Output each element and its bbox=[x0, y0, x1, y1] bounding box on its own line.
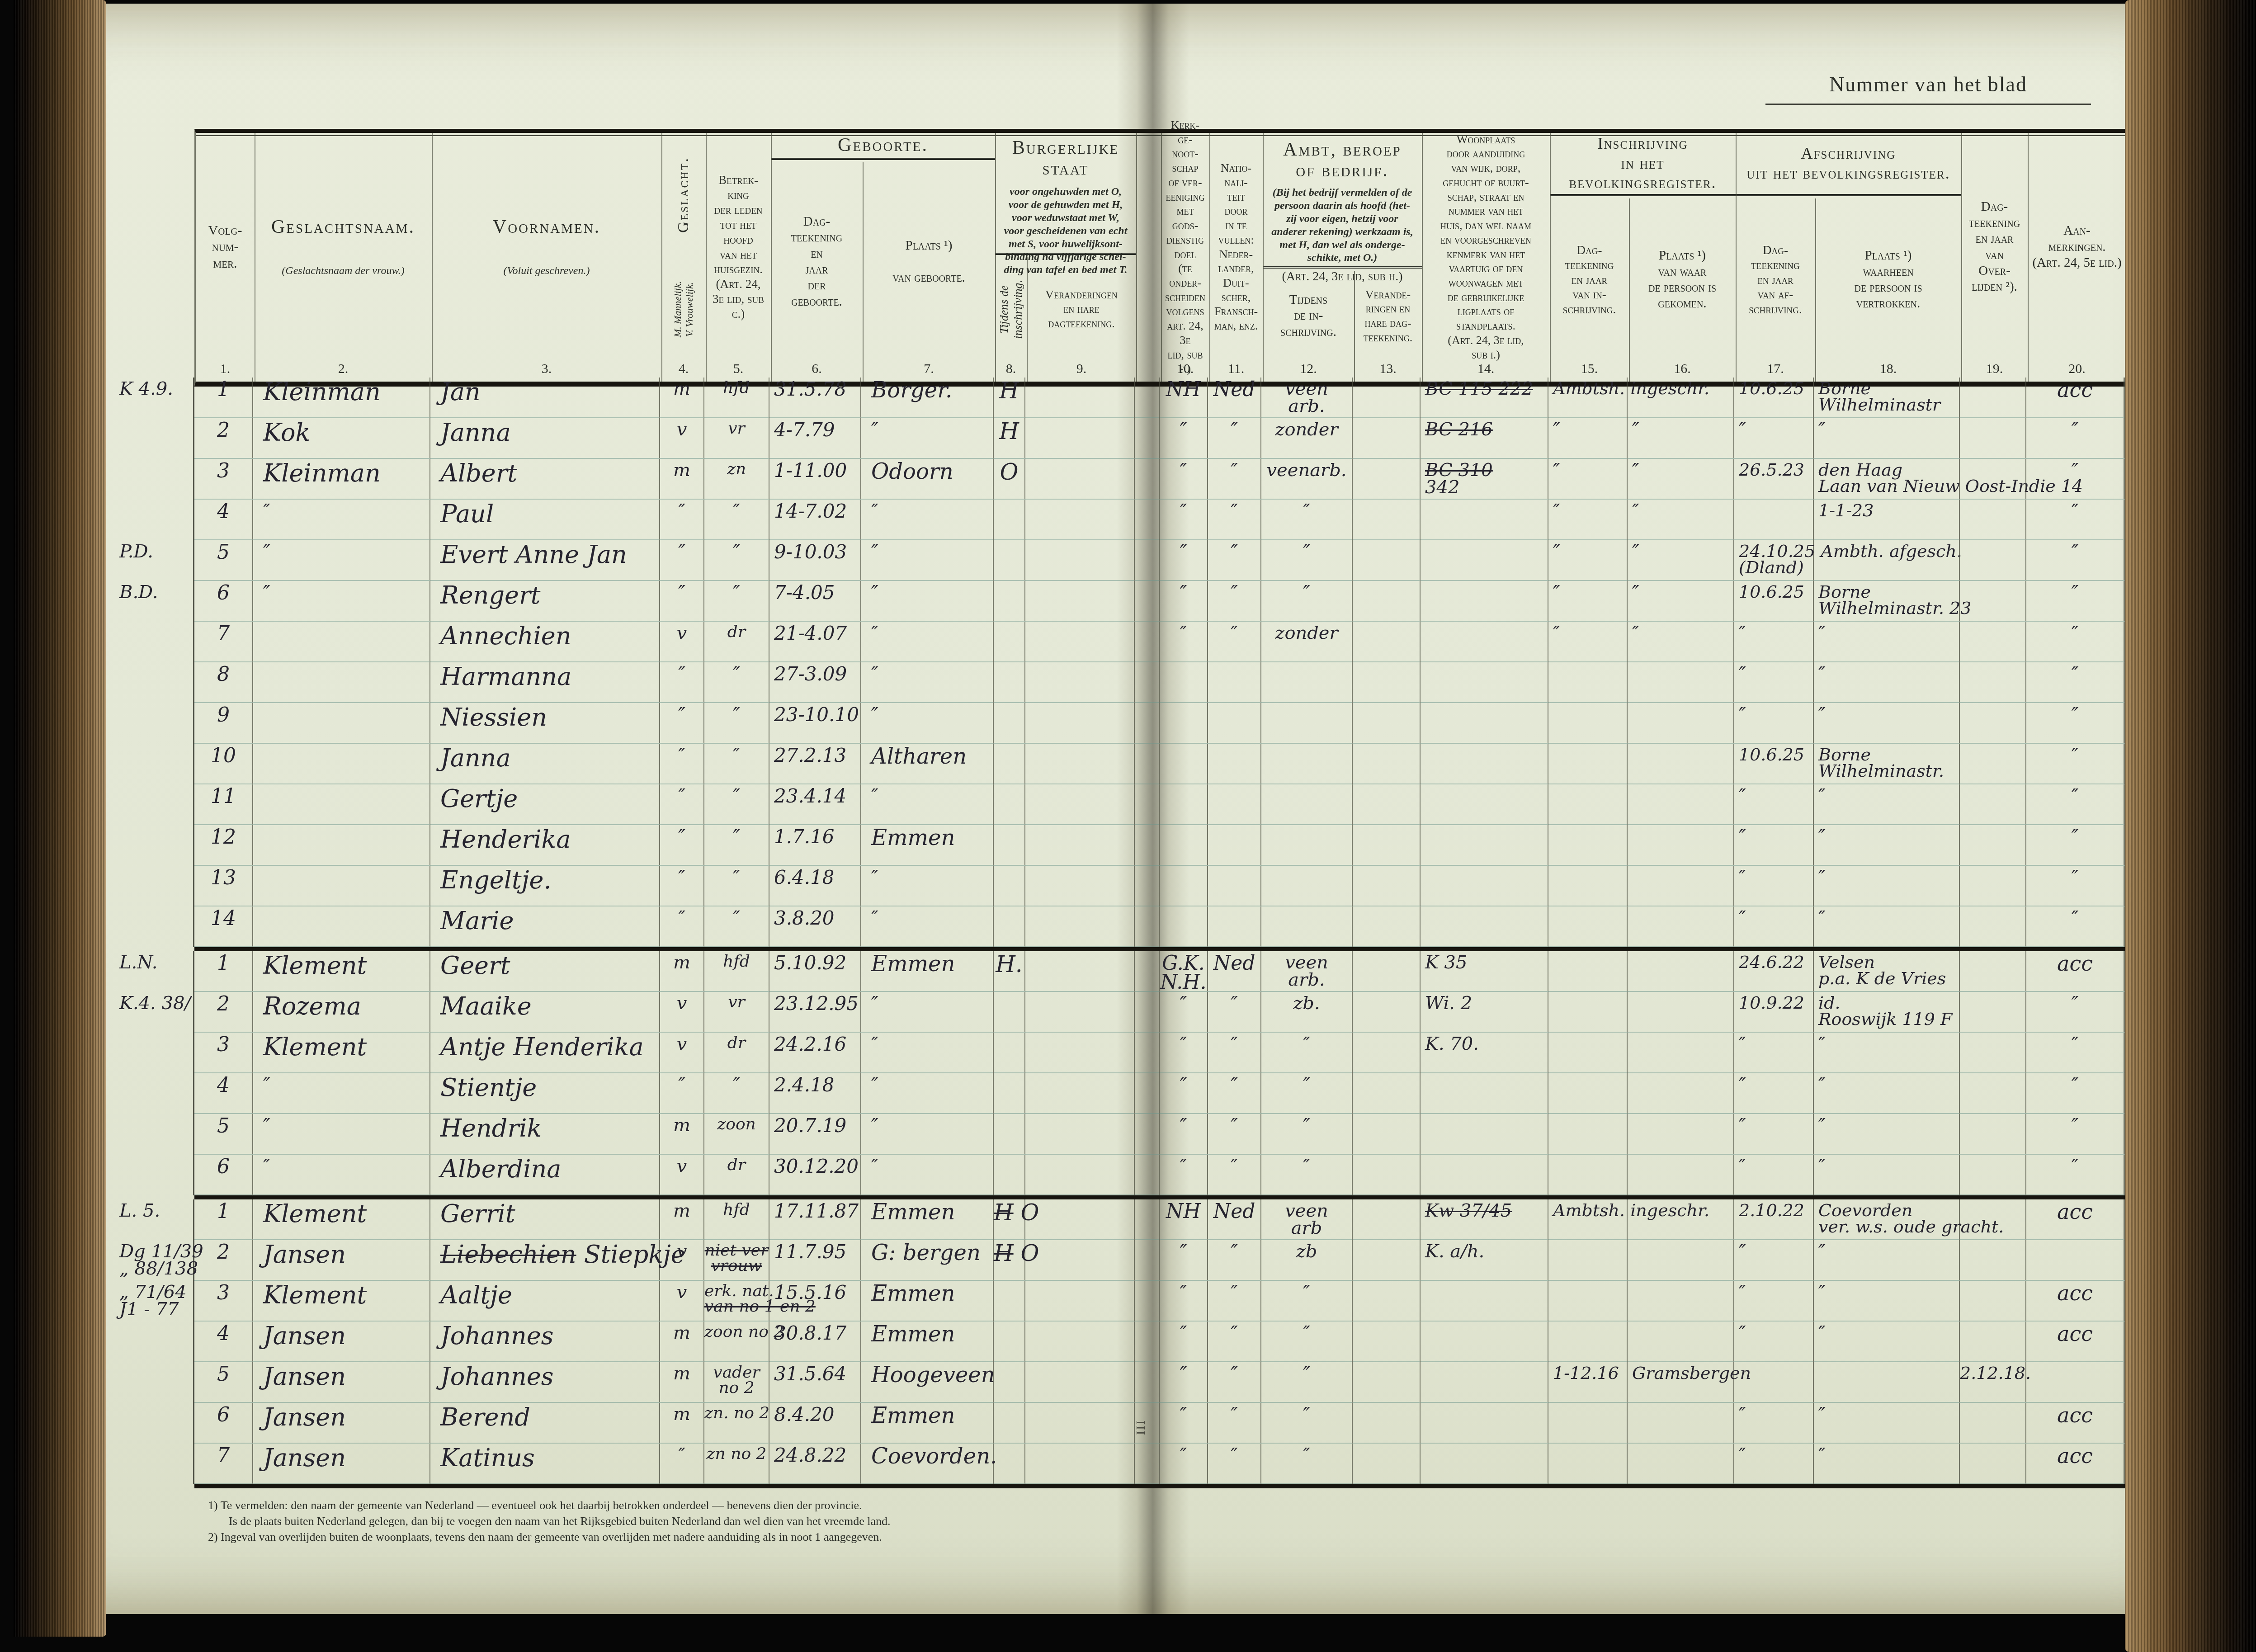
cell-col-9 bbox=[1025, 784, 1135, 825]
cell-col-12 bbox=[1261, 744, 1353, 784]
cell-col-19 bbox=[1960, 906, 2026, 947]
cell-col-17: ″ bbox=[1734, 1403, 1814, 1444]
cell-col-5: ″ bbox=[704, 744, 769, 784]
cell-col-3: Annechien bbox=[430, 622, 660, 662]
cell-col-10: G.K.N.H. bbox=[1160, 951, 1208, 992]
cell-col-3: Berend bbox=[430, 1403, 660, 1444]
table-header: Volg- num- mer. Geslachtsnaam. (Geslacht… bbox=[194, 129, 2128, 387]
cell-col-11 bbox=[1208, 703, 1261, 744]
column-divider bbox=[2028, 133, 2029, 382]
cell-col-19 bbox=[1960, 825, 2026, 866]
cell-col-2: Kleinman bbox=[253, 459, 430, 500]
cell-col-3: Gertje bbox=[430, 784, 660, 825]
margin-note bbox=[104, 1322, 194, 1362]
cell-col-11: ″ bbox=[1208, 1033, 1261, 1073]
left-page-edges bbox=[14, 0, 106, 1637]
col-header-geslacht: Geslacht. M. Mannelijk. V. Vrouwelijk. bbox=[661, 133, 706, 361]
cell-col-gut bbox=[1135, 1073, 1160, 1114]
cell-col-12: veenarb. bbox=[1261, 459, 1353, 500]
cell-col-3: Albert bbox=[430, 459, 660, 500]
cell-col-19 bbox=[1960, 744, 2026, 784]
cell-col-6: 23.4.14 bbox=[769, 784, 861, 825]
cell-col-5: niet vervrouw bbox=[704, 1240, 769, 1281]
cell-col-16 bbox=[1628, 1114, 1734, 1155]
cell-col-2 bbox=[253, 825, 430, 866]
cell-col-6: 1.7.16 bbox=[769, 825, 861, 866]
margin-note bbox=[104, 784, 194, 825]
col-header-kerkgenootschap: Kerk- ge- noot- schap of ver- eeniging m… bbox=[1161, 133, 1209, 361]
cell-col-11 bbox=[1208, 784, 1261, 825]
cell-col-5: hfd bbox=[704, 1199, 769, 1240]
cell-col-4: m bbox=[660, 378, 704, 418]
cell-col-10: ″ bbox=[1160, 622, 1208, 662]
cell-col-4: m bbox=[660, 1362, 704, 1403]
cell-col-19 bbox=[1960, 622, 2026, 662]
cell-col-6: 31.5.64 bbox=[769, 1362, 861, 1403]
cell-col-4: ″ bbox=[660, 825, 704, 866]
geslacht-sub: M. Mannelijk. V. Vrouwelijk. bbox=[672, 281, 696, 337]
cell-col-10 bbox=[1160, 744, 1208, 784]
cell-col-12 bbox=[1261, 906, 1353, 947]
cell-col-7: Emmen bbox=[861, 825, 994, 866]
cell-col-13 bbox=[1353, 1240, 1421, 1281]
cell-col-18: ″ bbox=[1814, 1114, 1960, 1155]
cell-col-13 bbox=[1353, 784, 1421, 825]
table-body: K 4.9.1KleinmanJanmhfd31.5.78Borger.HNHN… bbox=[104, 378, 2125, 1488]
cell-col-18: ″ bbox=[1814, 1322, 1960, 1362]
cell-col-11: ″ bbox=[1208, 1155, 1261, 1195]
group-header-burgerlijke-staat: Burgerlijke staat voor ongehuwden met O,… bbox=[995, 133, 1136, 255]
cell-col-10 bbox=[1160, 703, 1208, 744]
cell-col-10 bbox=[1160, 825, 1208, 866]
cell-col-14 bbox=[1421, 1281, 1548, 1322]
cell-col-17: ″ bbox=[1734, 1155, 1814, 1195]
cell-col-17: ″ bbox=[1734, 1240, 1814, 1281]
cell-col-5: dr bbox=[704, 1033, 769, 1073]
cell-col-gut bbox=[1135, 500, 1160, 540]
cell-col-6: 4-7.79 bbox=[769, 418, 861, 459]
cell-col-2: Rozema bbox=[253, 992, 430, 1033]
cell-col-11: ″ bbox=[1208, 622, 1261, 662]
cell-col-7: Altharen bbox=[861, 744, 994, 784]
cell-col-7: ″ bbox=[861, 581, 994, 622]
cell-col-4: ″ bbox=[660, 581, 704, 622]
margin-note bbox=[104, 1155, 194, 1195]
column-divider bbox=[771, 133, 772, 382]
cell-col-gut bbox=[1135, 459, 1160, 500]
cell-col-16: Gramsbergen bbox=[1628, 1362, 1734, 1403]
cell-col-8 bbox=[994, 500, 1025, 540]
cell-col-7: ″ bbox=[861, 703, 994, 744]
cell-col-13 bbox=[1353, 744, 1421, 784]
cell-col-13 bbox=[1353, 622, 1421, 662]
cell-col-16 bbox=[1628, 662, 1734, 703]
cell-col-14 bbox=[1421, 581, 1548, 622]
margin-note bbox=[104, 662, 194, 703]
cell-col-2: Klement bbox=[253, 1199, 430, 1240]
cell-col-8 bbox=[994, 906, 1025, 947]
cell-col-19 bbox=[1960, 703, 2026, 744]
cell-col-5: ″ bbox=[704, 866, 769, 906]
cell-col-10: ″ bbox=[1160, 1444, 1208, 1484]
cell-col-12: veenarb. bbox=[1261, 951, 1353, 992]
cell-col-18: BorneWilhelminastr bbox=[1814, 378, 1960, 418]
cell-col-8 bbox=[994, 1073, 1025, 1114]
cell-col-20: ″ bbox=[2026, 662, 2125, 703]
margin-note: Dg 11/39„ 88/138 bbox=[104, 1240, 194, 1281]
col-header-overlijden: Dag- teekening en jaar van Over- lijden … bbox=[1961, 133, 2028, 361]
cell-col-15 bbox=[1548, 784, 1628, 825]
cell-col-14 bbox=[1421, 500, 1548, 540]
cell-col-9 bbox=[1025, 1199, 1135, 1240]
cell-col-2: Klement bbox=[253, 1281, 430, 1322]
cell-col-9 bbox=[1025, 418, 1135, 459]
cell-col-17: ″ bbox=[1734, 825, 1814, 866]
cell-col-20: acc bbox=[2026, 1322, 2125, 1362]
cell-col-20: ″ bbox=[2026, 418, 2125, 459]
cell-col-18: ″ bbox=[1814, 1403, 1960, 1444]
cell-col-7: Emmen bbox=[861, 1199, 994, 1240]
cell-col-4: v bbox=[660, 418, 704, 459]
cell-col-13 bbox=[1353, 1403, 1421, 1444]
cell-col-2 bbox=[253, 662, 430, 703]
cell-col-6: 11.7.95 bbox=[769, 1240, 861, 1281]
cell-col-2: Kleinman bbox=[253, 378, 430, 418]
column-divider bbox=[863, 162, 864, 382]
cell-col-9 bbox=[1025, 906, 1135, 947]
cell-col-8: H bbox=[994, 378, 1025, 418]
cell-col-5: vr bbox=[704, 418, 769, 459]
cell-col-18: ″ bbox=[1814, 418, 1960, 459]
cell-col-20: acc bbox=[2026, 1199, 2125, 1240]
cell-col-5: vr bbox=[704, 992, 769, 1033]
cell-col-12: zonder bbox=[1261, 622, 1353, 662]
cell-col-8: H O bbox=[994, 1199, 1025, 1240]
cell-col-13 bbox=[1353, 581, 1421, 622]
cell-col-1: 6 bbox=[194, 1155, 253, 1195]
cell-col-2 bbox=[253, 866, 430, 906]
cell-col-8 bbox=[994, 703, 1025, 744]
cell-col-3: Johannes bbox=[430, 1362, 660, 1403]
cell-col-11 bbox=[1208, 662, 1261, 703]
cell-col-20: acc bbox=[2026, 378, 2125, 418]
cell-col-16 bbox=[1628, 1155, 1734, 1195]
cell-col-16 bbox=[1628, 906, 1734, 947]
cell-col-15: Ambtsh. ingeschr. bbox=[1548, 1199, 1628, 1240]
cell-col-gut bbox=[1135, 540, 1160, 581]
cell-col-20: acc bbox=[2026, 951, 2125, 992]
cell-col-7: Odoorn bbox=[861, 459, 994, 500]
cell-col-20: ″ bbox=[2026, 581, 2125, 622]
cell-col-2 bbox=[253, 906, 430, 947]
cell-col-5: hfd bbox=[704, 378, 769, 418]
cell-col-16 bbox=[1628, 992, 1734, 1033]
cell-col-16 bbox=[1628, 1033, 1734, 1073]
cell-col-20: ″ bbox=[2026, 906, 2125, 947]
cell-col-3: Maaike bbox=[430, 992, 660, 1033]
cell-col-20: acc bbox=[2026, 1281, 2125, 1322]
cell-col-19 bbox=[1960, 500, 2026, 540]
cell-col-11 bbox=[1208, 906, 1261, 947]
cell-col-8 bbox=[994, 1114, 1025, 1155]
cell-col-1: 4 bbox=[194, 500, 253, 540]
cell-col-3: Katinus bbox=[430, 1444, 660, 1484]
cell-col-1: 1 bbox=[194, 378, 253, 418]
cell-col-20: acc bbox=[2026, 1403, 2125, 1444]
cell-col-gut bbox=[1135, 703, 1160, 744]
col-header-afschrijving-plaats: Plaats ¹) waarheen de persoon is vertrok… bbox=[1815, 198, 1961, 361]
margin-note bbox=[104, 459, 194, 500]
footnote-2: 2) Ingeval van overlijden buiten de woon… bbox=[208, 1529, 1971, 1545]
cell-col-11: Ned bbox=[1208, 951, 1261, 992]
cell-col-14: BC 216 bbox=[1421, 418, 1548, 459]
cell-col-4: m bbox=[660, 459, 704, 500]
cell-col-14 bbox=[1421, 906, 1548, 947]
cell-col-17: ″ bbox=[1734, 703, 1814, 744]
cell-col-20: acc bbox=[2026, 1444, 2125, 1484]
cell-col-17: ″ bbox=[1734, 1444, 1814, 1484]
cell-col-15 bbox=[1548, 1240, 1628, 1281]
cell-col-2: Jansen bbox=[253, 1240, 430, 1281]
cell-col-9 bbox=[1025, 744, 1135, 784]
cell-col-4: v bbox=[660, 1155, 704, 1195]
cell-col-gut bbox=[1135, 418, 1160, 459]
cell-col-15 bbox=[1548, 951, 1628, 992]
cell-col-2: ″ bbox=[253, 1073, 430, 1114]
cell-col-6: 30.12.20 bbox=[769, 1155, 861, 1195]
geslachtsnaam-title: Geslachtsnaam. bbox=[271, 217, 415, 237]
cell-col-11: ″ bbox=[1208, 1240, 1261, 1281]
cell-col-10: ″ bbox=[1160, 418, 1208, 459]
cell-col-gut bbox=[1135, 1362, 1160, 1403]
cell-col-12 bbox=[1261, 866, 1353, 906]
margin-note bbox=[104, 1033, 194, 1073]
cell-col-5: zoon bbox=[704, 1114, 769, 1155]
cell-col-14: K. a/h. bbox=[1421, 1240, 1548, 1281]
cell-col-15: 1-12.16 bbox=[1548, 1362, 1628, 1403]
cell-col-7: ″ bbox=[861, 662, 994, 703]
cell-col-15 bbox=[1548, 1073, 1628, 1114]
cell-col-16 bbox=[1628, 784, 1734, 825]
col-header-beroep-tijdens: Tijdens de in- schrijving. bbox=[1263, 271, 1354, 361]
cell-col-1: 2 bbox=[194, 418, 253, 459]
cell-col-14 bbox=[1421, 1403, 1548, 1444]
cell-col-18: ″ bbox=[1814, 1281, 1960, 1322]
cell-col-8: O bbox=[994, 459, 1025, 500]
cell-col-11: ″ bbox=[1208, 459, 1261, 500]
col-header-betrekking: Betrek- king der leden tot het hoofd van… bbox=[706, 133, 771, 361]
cell-col-14: K 35 bbox=[1421, 951, 1548, 992]
cell-col-2: Kok bbox=[253, 418, 430, 459]
cell-col-5: ″ bbox=[704, 784, 769, 825]
col-header-volgnummer: Volg- num- mer. bbox=[196, 133, 255, 361]
cell-col-6: 27-3.09 bbox=[769, 662, 861, 703]
cell-col-18: Coevordenver. w.s. oude gracht. bbox=[1814, 1199, 1960, 1240]
cell-col-10: NH bbox=[1160, 378, 1208, 418]
cell-col-13 bbox=[1353, 1114, 1421, 1155]
cell-col-16 bbox=[1628, 825, 1734, 866]
cell-col-12: ″ bbox=[1261, 1033, 1353, 1073]
margin-note bbox=[104, 866, 194, 906]
cell-col-gut bbox=[1135, 378, 1160, 418]
cell-col-13 bbox=[1353, 1073, 1421, 1114]
ambt-title: Ambt, beroep of bedrijf. bbox=[1283, 139, 1401, 181]
cell-col-15: Ambtsh. ingeschr. bbox=[1548, 378, 1628, 418]
cell-col-19 bbox=[1960, 1240, 2026, 1281]
cell-col-17: ″ bbox=[1734, 906, 1814, 947]
cell-col-6: 27.2.13 bbox=[769, 744, 861, 784]
cell-col-12: zb bbox=[1261, 1240, 1353, 1281]
cell-col-17: ″ bbox=[1734, 622, 1814, 662]
cell-col-gut bbox=[1135, 784, 1160, 825]
column-divider bbox=[432, 133, 433, 382]
cell-col-19 bbox=[1960, 1444, 2026, 1484]
cell-col-16 bbox=[1628, 703, 1734, 744]
cell-col-18 bbox=[1814, 540, 1960, 581]
cell-col-17: 10.6.25 bbox=[1734, 581, 1814, 622]
cell-col-10: ″ bbox=[1160, 1240, 1208, 1281]
cell-col-16: ″ bbox=[1628, 459, 1734, 500]
geslacht-title: Geslacht. bbox=[674, 157, 693, 233]
cell-col-7: ″ bbox=[861, 992, 994, 1033]
cell-col-6: 15.5.16 bbox=[769, 1281, 861, 1322]
cell-col-5: ″ bbox=[704, 500, 769, 540]
margin-note bbox=[104, 418, 194, 459]
cell-col-18: ″ bbox=[1814, 906, 1960, 947]
cell-col-20: ″ bbox=[2026, 744, 2125, 784]
cell-col-5: dr bbox=[704, 1155, 769, 1195]
cell-col-3: Hendrik bbox=[430, 1114, 660, 1155]
cell-col-15 bbox=[1548, 744, 1628, 784]
cell-col-7: ″ bbox=[861, 1033, 994, 1073]
cell-col-3: Rengert bbox=[430, 581, 660, 622]
margin-note: L.N. bbox=[104, 951, 194, 992]
cell-col-3: Harmanna bbox=[430, 662, 660, 703]
margin-note bbox=[104, 1114, 194, 1155]
cell-col-12: ″ bbox=[1261, 1155, 1353, 1195]
cell-col-17: ″ bbox=[1734, 1114, 1814, 1155]
cell-col-5: vaderno 2 bbox=[704, 1362, 769, 1403]
cell-col-7: ″ bbox=[861, 1155, 994, 1195]
cell-col-12 bbox=[1261, 662, 1353, 703]
cell-col-19 bbox=[1960, 540, 2026, 581]
cell-col-3: Antje Henderika bbox=[430, 1033, 660, 1073]
cell-col-6: 17.11.87 bbox=[769, 1199, 861, 1240]
margin-note: K 4.9. bbox=[104, 378, 194, 418]
cell-col-19 bbox=[1960, 1403, 2026, 1444]
margin-note bbox=[104, 622, 194, 662]
cell-col-gut bbox=[1135, 992, 1160, 1033]
cell-col-2: ″ bbox=[253, 581, 430, 622]
cell-col-17: 10.9.22 bbox=[1734, 992, 1814, 1033]
cell-col-3: Paul bbox=[430, 500, 660, 540]
col-header-voornamen: Voornamen. (Voluit geschreven.) bbox=[432, 133, 661, 361]
cell-col-6: 14-7.02 bbox=[769, 500, 861, 540]
cell-col-11 bbox=[1208, 825, 1261, 866]
cell-col-9 bbox=[1025, 1073, 1135, 1114]
cell-col-19 bbox=[1960, 1114, 2026, 1155]
cell-col-18: ″ bbox=[1814, 784, 1960, 825]
cell-col-1: 1 bbox=[194, 951, 253, 992]
inschrijving-title: Inschrijving in het bevolkingsregister. bbox=[1552, 134, 1734, 194]
margin-note: P.D. bbox=[104, 540, 194, 581]
cell-col-17: ″ bbox=[1734, 1322, 1814, 1362]
cell-col-10 bbox=[1160, 662, 1208, 703]
cell-col-15 bbox=[1548, 1033, 1628, 1073]
footnotes: 1) Te vermelden: den naam der gemeente v… bbox=[208, 1497, 1971, 1545]
cell-col-11: ″ bbox=[1208, 581, 1261, 622]
page-number-label: Nummer van het blad bbox=[1765, 72, 2091, 105]
cell-col-9 bbox=[1025, 622, 1135, 662]
cell-col-16 bbox=[1628, 1322, 1734, 1362]
cell-col-2: ″ bbox=[253, 1114, 430, 1155]
cell-col-8 bbox=[994, 540, 1025, 581]
cell-col-7: Emmen bbox=[861, 1403, 994, 1444]
cell-col-2: ″ bbox=[253, 1155, 430, 1195]
cell-col-10: NH bbox=[1160, 1199, 1208, 1240]
cell-col-9 bbox=[1025, 1444, 1135, 1484]
cell-col-14 bbox=[1421, 784, 1548, 825]
cell-col-11: ″ bbox=[1208, 540, 1261, 581]
cell-col-14 bbox=[1421, 1114, 1548, 1155]
cell-col-6: 30.8.17 bbox=[769, 1322, 861, 1362]
cell-col-14 bbox=[1421, 1155, 1548, 1195]
cell-col-17: ″ bbox=[1734, 866, 1814, 906]
cell-col-3: Geert bbox=[430, 951, 660, 992]
cell-col-12: ″ bbox=[1261, 1444, 1353, 1484]
cell-col-19 bbox=[1960, 992, 2026, 1033]
cell-col-gut bbox=[1135, 1240, 1160, 1281]
cell-col-11: Ned bbox=[1208, 1199, 1261, 1240]
geslachtsnaam-sub: (Geslachtsnaam der vrouw.) bbox=[282, 264, 404, 278]
cell-col-8 bbox=[994, 784, 1025, 825]
cell-col-8 bbox=[994, 662, 1025, 703]
cell-col-19 bbox=[1960, 1199, 2026, 1240]
cell-col-7: ″ bbox=[861, 540, 994, 581]
margin-note: B.D. bbox=[104, 581, 194, 622]
column-divider bbox=[1629, 198, 1630, 382]
family-group-3: L. 5.1KlementGerritmhfd17.11.87EmmenH ON… bbox=[104, 1199, 2125, 1488]
cell-col-5: ″ bbox=[704, 540, 769, 581]
cell-col-9 bbox=[1025, 703, 1135, 744]
cell-col-6: 7-4.05 bbox=[769, 581, 861, 622]
cell-col-19 bbox=[1960, 1155, 2026, 1195]
cell-col-10: ″ bbox=[1160, 1403, 1208, 1444]
burgerlijke-staat-title: Burgerlijke staat bbox=[1012, 137, 1119, 179]
cell-col-4: v bbox=[660, 992, 704, 1033]
cell-col-4: m bbox=[660, 951, 704, 992]
cell-col-18: ″ bbox=[1814, 622, 1960, 662]
cell-col-12 bbox=[1261, 703, 1353, 744]
cell-col-1: 1 bbox=[194, 1199, 253, 1240]
cell-col-1: 2 bbox=[194, 1240, 253, 1281]
margin-note bbox=[104, 1403, 194, 1444]
cell-col-gut bbox=[1135, 581, 1160, 622]
cell-col-11: ″ bbox=[1208, 1073, 1261, 1114]
cell-col-6: 20.7.19 bbox=[769, 1114, 861, 1155]
cell-col-13 bbox=[1353, 459, 1421, 500]
cell-col-20: ″ bbox=[2026, 1033, 2125, 1073]
cell-col-9 bbox=[1025, 992, 1135, 1033]
group-header-afschrijving: Afschrijving uit het bevolkingsregister. bbox=[1736, 133, 1961, 196]
cell-col-12: zonder bbox=[1261, 418, 1353, 459]
cell-col-10 bbox=[1160, 784, 1208, 825]
cell-col-gut bbox=[1135, 906, 1160, 947]
col-header-geboortedatum: Dag- teekening en jaar der geboorte. bbox=[771, 162, 863, 361]
cell-col-20: ″ bbox=[2026, 784, 2125, 825]
cell-col-6: 9-10.03 bbox=[769, 540, 861, 581]
cell-col-8 bbox=[994, 1322, 1025, 1362]
